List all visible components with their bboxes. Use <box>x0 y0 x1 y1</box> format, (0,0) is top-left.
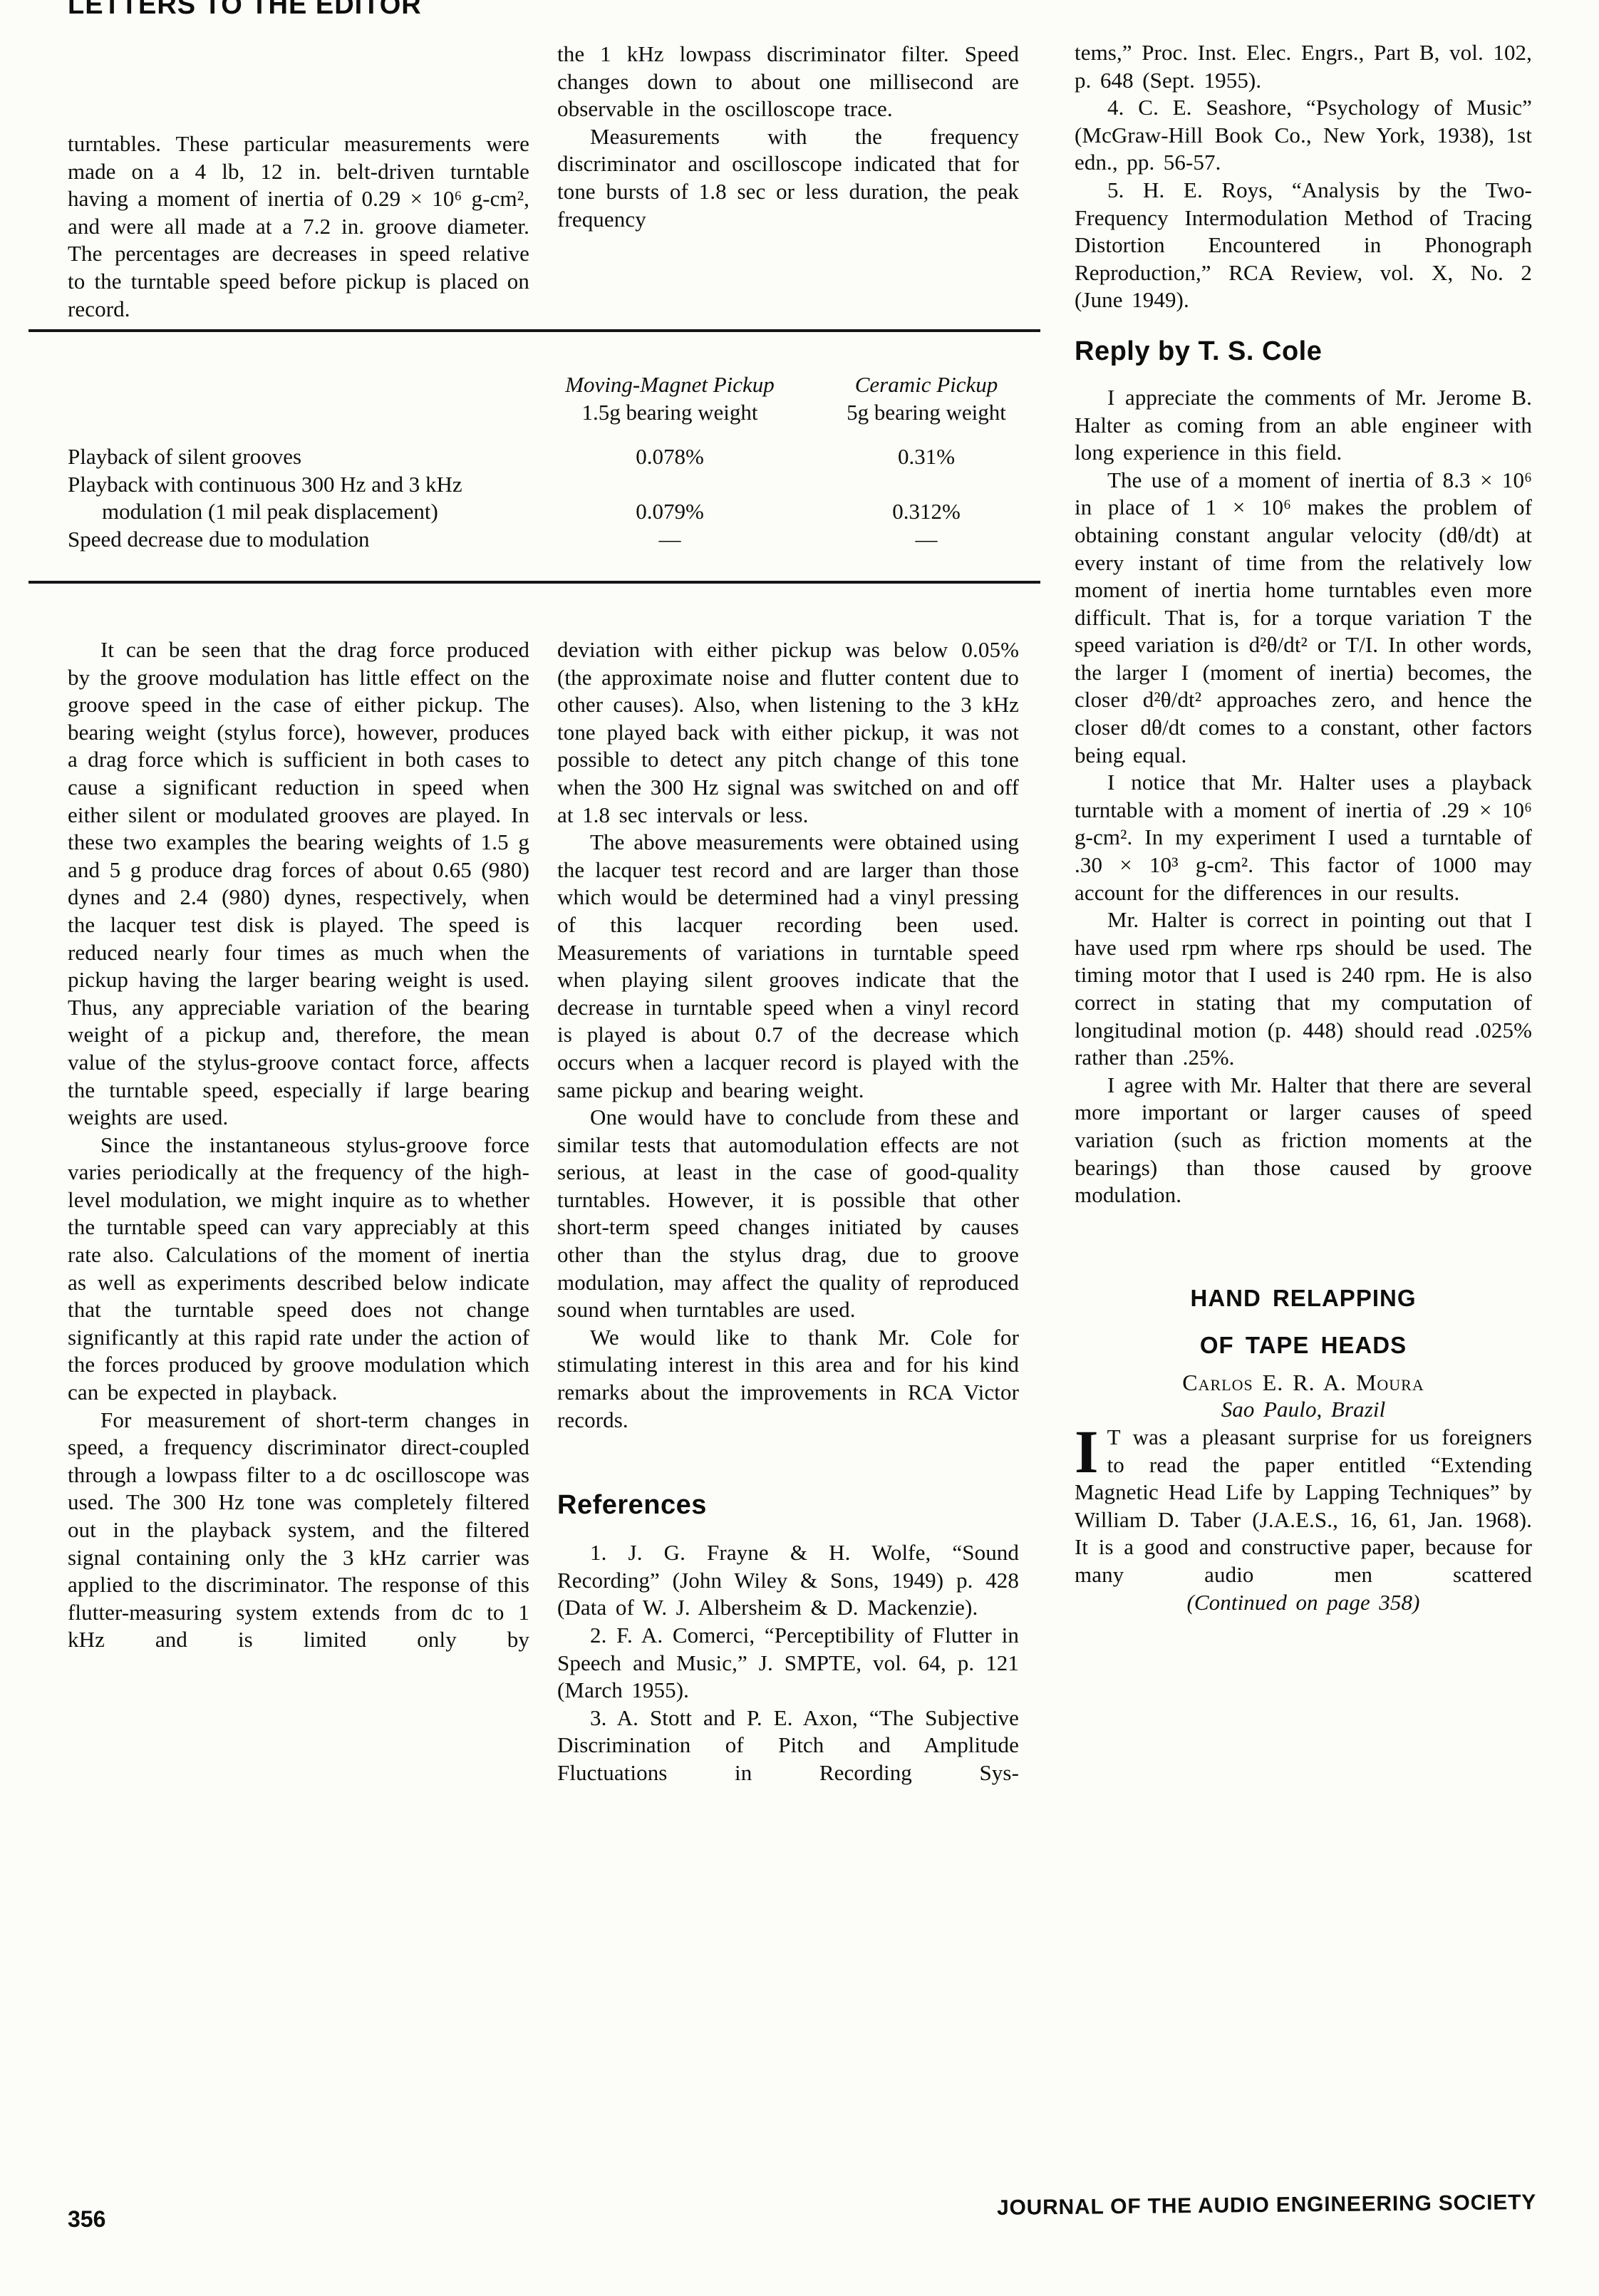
table-column-header-ceramic: Ceramic Pickup <box>812 371 1040 399</box>
paragraph: We would like to thank Mr. Cole for stim… <box>557 1324 1019 1434</box>
article-title-line-2: OF TAPE HEADS <box>1075 1322 1532 1369</box>
references-heading: References <box>557 1489 1019 1521</box>
reference-item: tems,” Proc. Inst. Elec. Engrs., Part B,… <box>1075 39 1532 94</box>
reference-item: 1. J. G. Frayne & H. Wolfe, “Sound Recor… <box>557 1539 1019 1622</box>
intro-paragraph-text: T was a pleasant surprise for us foreign… <box>1075 1424 1532 1587</box>
table-cell-mm: — <box>527 526 812 554</box>
paragraph: Mr. Halter is correct in pointing out th… <box>1075 906 1532 1072</box>
column-2-body: deviation with either pickup was below 0… <box>557 636 1019 1787</box>
paragraph: The use of a moment of inertia of 8.3 × … <box>1075 467 1532 770</box>
paragraph: One would have to conclude from these an… <box>557 1104 1019 1324</box>
continued-note: (Continued on page 358) <box>1075 1589 1532 1617</box>
intro-paragraph: IT was a pleasant surprise for us foreig… <box>1075 1424 1532 1589</box>
table-row: Playback of silent grooves 0.078% 0.31% <box>29 443 1040 471</box>
column-2-top: the 1 kHz lowpass discriminator filter. … <box>557 41 1019 233</box>
table-cell-mm: 0.078% <box>527 443 812 471</box>
table-subheader-moving-magnet: 1.5g bearing weight <box>527 399 812 427</box>
paragraph: Measurements with the frequency discrimi… <box>557 123 1019 233</box>
reply-heading: Reply by T. S. Cole <box>1075 336 1532 367</box>
paragraph: turntables. These particular measurement… <box>68 130 529 323</box>
table-cell-ceramic: — <box>812 526 1040 554</box>
paragraph: It can be seen that the drag force produ… <box>68 636 529 1132</box>
reference-item: 2. F. A. Comerci, “Perceptibility of Flu… <box>557 1622 1019 1705</box>
measurement-table: Moving-Magnet Pickup Ceramic Pickup 1.5g… <box>29 329 1040 584</box>
drop-cap: I <box>1075 1424 1107 1477</box>
article-title-line-1: HAND RELAPPING <box>1075 1275 1532 1322</box>
table-header-row: Moving-Magnet Pickup Ceramic Pickup <box>29 371 1040 399</box>
table-subheader-row: 1.5g bearing weight 5g bearing weight <box>29 399 1040 427</box>
table-cell-mm: 0.079% <box>527 498 812 526</box>
page-number: 356 <box>68 2206 105 2233</box>
table-row-label: Speed decrease due to modulation <box>29 526 527 554</box>
journal-page: LETTERS TO THE EDITOR turntables. These … <box>0 0 1599 2296</box>
table-row-label: Playback of silent grooves <box>29 443 527 471</box>
table-row: Playback with continuous 300 Hz and 3 kH… <box>29 471 1040 526</box>
paragraph: the 1 kHz lowpass discriminator filter. … <box>557 41 1019 123</box>
reference-item: 4. C. E. Seashore, “Psychology of Music”… <box>1075 94 1532 177</box>
paragraph: deviation with either pickup was below 0… <box>557 636 1019 829</box>
paragraph: I agree with Mr. Halter that there are s… <box>1075 1072 1532 1209</box>
paragraph: I appreciate the comments of Mr. Jerome … <box>1075 384 1532 467</box>
article-author: Carlos E. R. A. Moura <box>1075 1369 1532 1397</box>
reference-item: 3. A. Stott and P. E. Axon, “The Subject… <box>557 1705 1019 1787</box>
column-3: tems,” Proc. Inst. Elec. Engrs., Part B,… <box>1075 39 1532 1616</box>
table-row-label: Playback with continuous 300 Hz and 3 kH… <box>29 471 527 526</box>
table-gap <box>29 426 1040 443</box>
column-1-body: It can be seen that the drag force produ… <box>68 636 529 1654</box>
hand-relapping-section: HAND RELAPPING OF TAPE HEADS Carlos E. R… <box>1075 1275 1532 1424</box>
table-cell-ceramic: 0.31% <box>812 443 1040 471</box>
column-1-top: turntables. These particular measurement… <box>68 130 529 323</box>
table-subheader-ceramic: 5g bearing weight <box>812 399 1040 427</box>
table-column-header-moving-magnet: Moving-Magnet Pickup <box>527 371 812 399</box>
table-row: Speed decrease due to modulation — — <box>29 526 1040 554</box>
paragraph: I notice that Mr. Halter uses a playback… <box>1075 769 1532 906</box>
paragraph: For measurement of short-term changes in… <box>68 1407 529 1654</box>
article-author-location: Sao Paulo, Brazil <box>1075 1396 1532 1424</box>
page-header: LETTERS TO THE EDITOR <box>68 0 422 21</box>
table-cell-ceramic: 0.312% <box>812 498 1040 526</box>
journal-name-footer: JOURNAL OF THE AUDIO ENGINEERING SOCIETY <box>997 2191 1536 2220</box>
paragraph: Since the instantaneous stylus-groove fo… <box>68 1132 529 1407</box>
reference-item: 5. H. E. Roys, “Analysis by the Two-Freq… <box>1075 177 1532 314</box>
paragraph: The above measurements were obtained usi… <box>557 829 1019 1104</box>
